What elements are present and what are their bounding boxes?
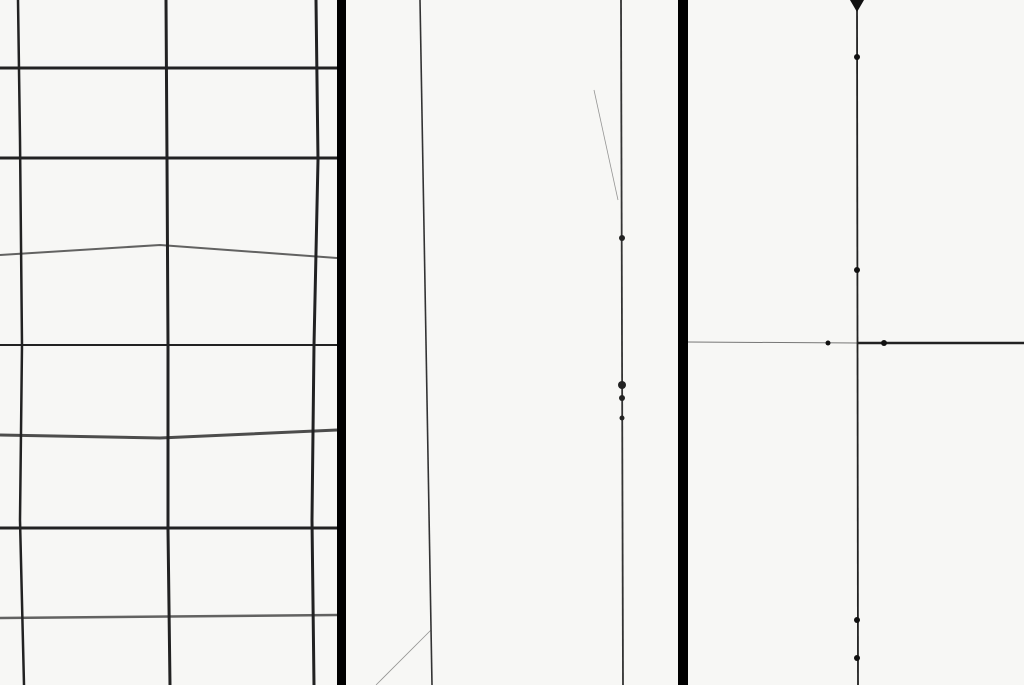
- cross-fold-paper-panel: [688, 0, 1024, 685]
- grid-folded-paper-panel: [0, 0, 337, 685]
- vertical-creases: [346, 0, 678, 685]
- cross-creases: [688, 0, 1024, 685]
- two-creases-paper-panel: [346, 0, 678, 685]
- grid-creases: [0, 0, 337, 685]
